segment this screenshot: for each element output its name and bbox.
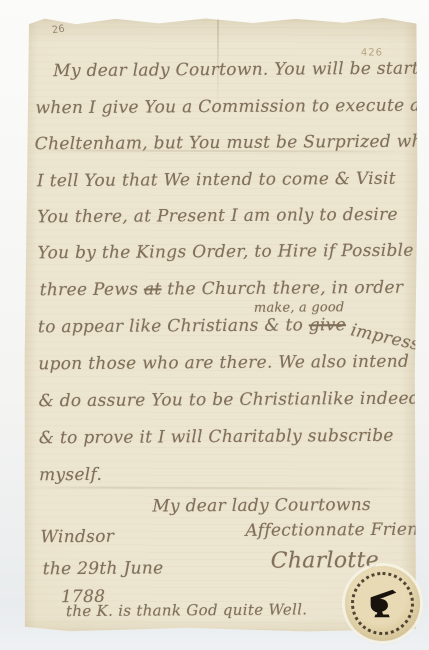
body-line-correction: three Pews at the Church there, in order (40, 278, 404, 301)
date-line: the 29th June (43, 558, 164, 579)
body-line: when I give You a Commission to execute … (35, 96, 427, 119)
body-line: Cheltenham, but You must be Surprized wh… (35, 131, 429, 154)
line-text: three Pews (40, 280, 139, 301)
postscript: the K. is thank God quite Well. (66, 600, 307, 620)
letter-photo: 26 2 426 My dear lady Courtown. You will… (0, 0, 429, 650)
interlinear-insertion: make, a good (254, 300, 345, 316)
letter-sheet: 26 2 426 My dear lady Courtown. You will… (23, 12, 418, 633)
place-line: Windsor (40, 527, 114, 548)
stamp-bird-emblem (364, 585, 402, 623)
body-line: My dear lady Courtown. You will be start… (53, 58, 429, 81)
body-line: You there, at Present I am only to desir… (37, 205, 398, 228)
body-line-correction: to appear like Christians & to give impr… (38, 314, 429, 337)
struck-word: give (309, 315, 346, 335)
struck-word: at (144, 279, 162, 299)
body-line: I tell You that We intend to come & Visi… (37, 169, 396, 192)
handwritten-text: My dear lady Courtown. You will be start… (22, 12, 419, 635)
signature: Charlotte (271, 548, 380, 574)
closing-salutation: My dear lady Courtowns (152, 495, 371, 517)
body-line: upon those who are there. We also intend (38, 352, 409, 375)
body-line: myself. (39, 465, 102, 485)
body-line: & to prove it I will Charitably subscrib… (39, 426, 394, 448)
valediction: Affectionnate Friend (245, 520, 429, 541)
line-text: the Church there, in order (167, 278, 403, 300)
collector-stamp (345, 566, 420, 641)
body-line: You by the Kings Order, to Hire if Possi… (37, 241, 413, 264)
line-text: to appear like Christians & to (38, 315, 303, 337)
pencil-mark-top-right: 2 (416, 35, 425, 51)
body-line: & do assure You to be Christianlike inde… (38, 389, 420, 412)
